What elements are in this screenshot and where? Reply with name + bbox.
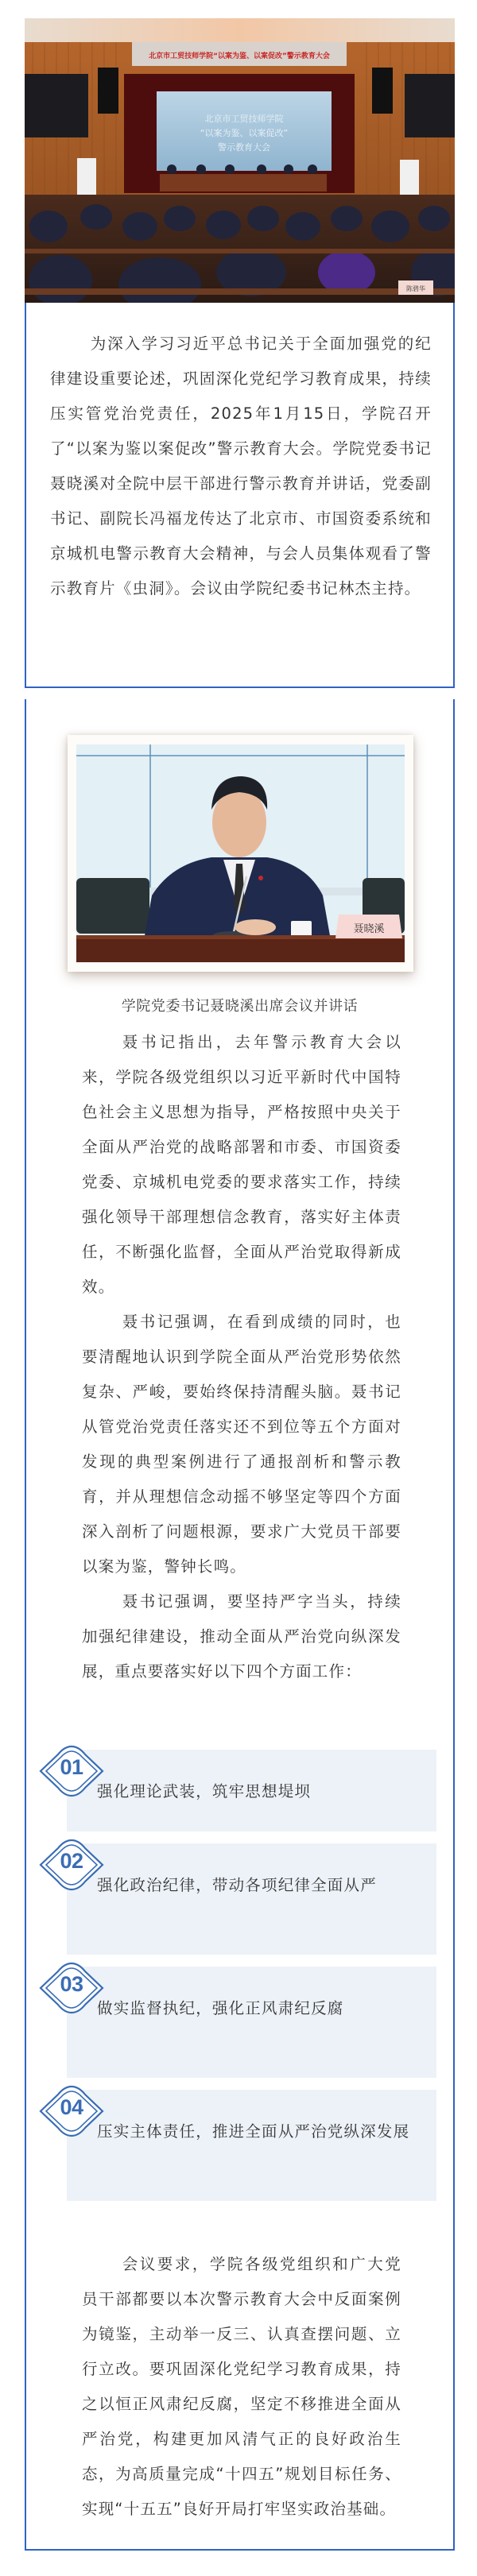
badge-number: 01 (39, 1755, 104, 1780)
screen-line-2: “以案为鉴、以案促改” (200, 127, 288, 138)
section-speech-details: 聂晓溪 学院党委书记聂晓溪出席会议并讲话 聂书记指出，去年警示教育大会以来，学院… (25, 699, 455, 2551)
screen-line-1: 北京市工贸技师学院 (205, 113, 284, 124)
task-item-text: 做实监督执纪，强化正风肃纪反腐 (67, 1967, 436, 2078)
number-badge-icon: 03 (39, 1962, 104, 2014)
paragraph-four-tasks-intro: 聂书记强调，要坚持严字当头，持续加强纪律建设，推动全面从严治党向纵深发展，重点要… (82, 1584, 401, 1689)
conference-hall-photo: 北京市工贸技师学院“以案为鉴、以案促改”警示教育大会 北京市工贸技师学院 “以案… (25, 18, 455, 303)
badge-number: 04 (39, 2095, 104, 2120)
speaker-photo-frame: 聂晓溪 (68, 735, 413, 972)
task-item-text: 压实主体责任，推进全面从严治党纵深发展 (67, 2090, 436, 2201)
number-badge-icon: 01 (39, 1745, 104, 1797)
banner-text: 北京市工贸技师学院“以案为鉴、以案促改”警示教育大会 (149, 51, 330, 60)
intro-text-box: 为深入学习习近平总书记关于全面加强党的纪律建设重要论述，巩固深化党纪学习教育成果… (25, 303, 455, 688)
intro-paragraph: 为深入学习习近平总书记关于全面加强党的纪律建设重要论述，巩固深化党纪学习教育成果… (50, 327, 432, 606)
speaker-illustration: 聂晓溪 (76, 745, 405, 962)
task-item-01: 强化理论武装，筑牢思想堤坝 01 (39, 1750, 436, 1831)
conference-hall-illustration: 北京市工贸技师学院“以案为鉴、以案促改”警示教育大会 北京市工贸技师学院 “以案… (25, 18, 455, 303)
screen-line-3: 警示教育大会 (218, 141, 270, 153)
speaker-name-card: 聂晓溪 (353, 922, 384, 935)
task-item-04: 压实主体责任，推进全面从严治党纵深发展 04 (39, 2090, 436, 2201)
section-meeting-overview: 北京市工贸技师学院“以案为鉴、以案促改”警示教育大会 北京市工贸技师学院 “以案… (25, 18, 455, 688)
task-item-03: 做实监督执纪，强化正风肃纪反腐 03 (39, 1967, 436, 2078)
name-card-text: 陈碧华 (406, 284, 425, 292)
paragraph-closing-requirements: 会议要求，学院各级党组织和广大党员干部都要以本次警示教育大会中反面案例为镜鉴，主… (82, 2247, 401, 2527)
task-list: 强化理论武装，筑牢思想堤坝 01 强化政治纪律，带动各项纪律全面从严 02 做实… (39, 1750, 436, 2213)
badge-number: 02 (39, 1849, 104, 1874)
badge-number: 03 (39, 1972, 104, 1997)
speaker-photo: 聂晓溪 (76, 745, 405, 962)
task-item-text: 强化理论武装，筑牢思想堤坝 (67, 1750, 436, 1831)
number-badge-icon: 04 (39, 2085, 104, 2137)
number-badge-icon: 02 (39, 1839, 104, 1891)
paragraph-achievements: 聂书记指出，去年警示教育大会以来，学院各级党组织以习近平新时代中国特色社会主义思… (82, 1025, 401, 1305)
photo-caption: 学院党委书记聂晓溪出席会议并讲话 (26, 995, 453, 1015)
task-item-02: 强化政治纪律，带动各项纪律全面从严 02 (39, 1843, 436, 1955)
task-item-text: 强化政治纪律，带动各项纪律全面从严 (67, 1843, 436, 1955)
paragraph-warnings: 聂书记强调，在看到成绩的同时，也要清醒地认识到学院全面从严治党形势依然复杂、严峻… (82, 1305, 401, 1584)
